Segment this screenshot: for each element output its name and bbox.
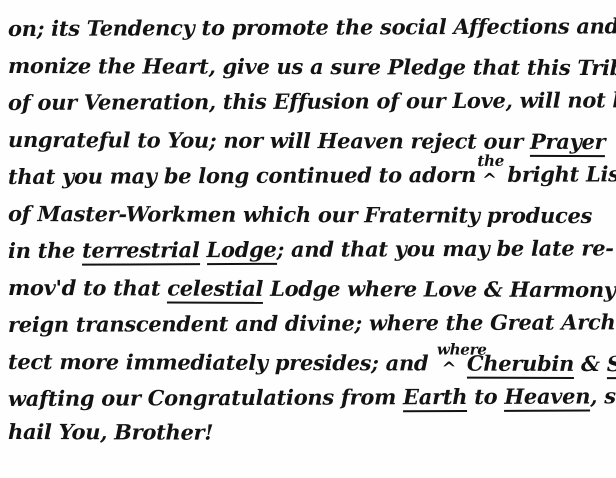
manuscript-page: on; its Tendency to promote the social A… bbox=[0, 0, 616, 478]
inserted-word-wrapper: where^ bbox=[435, 349, 467, 370]
manuscript-line: monize the Heart, give us a sure Pledge … bbox=[8, 47, 610, 86]
text-segment: mov'd to that bbox=[8, 275, 167, 301]
manuscript-line: wafting our Congratulations from Earth t… bbox=[8, 377, 610, 417]
inserted-word: where bbox=[437, 343, 487, 358]
text-segment: wafting our Congratulations from bbox=[8, 384, 403, 411]
text-segment: , shall bbox=[590, 383, 616, 408]
manuscript-line: hail You, Brother! bbox=[8, 417, 610, 449]
text-segment: that you may be long continued to adorn bbox=[8, 162, 476, 189]
text-segment: tect more immediately presides; and bbox=[8, 349, 435, 375]
text-segment: to bbox=[467, 384, 504, 409]
underlined-word: Heaven bbox=[504, 383, 590, 411]
text-segment: of our Veneration, this Effusion of our … bbox=[8, 87, 616, 115]
underlined-word: terrestrial bbox=[82, 237, 200, 266]
insertion-caret-icon: ^ bbox=[442, 361, 457, 379]
text-segment: Lodge where Love & Harmony bbox=[263, 276, 616, 302]
text-segment: bright List bbox=[507, 161, 616, 187]
manuscript-line: in the terrestrial Lodge; and that you m… bbox=[8, 229, 610, 269]
manuscript-line: mov'd to that celestial Lodge where Love… bbox=[8, 269, 610, 308]
manuscript-line: tect more immediately presides; and wher… bbox=[8, 343, 610, 382]
manuscript-line: reign transcendent and divine; where the… bbox=[8, 303, 610, 343]
manuscript-line: of our Veneration, this Effusion of our … bbox=[8, 81, 610, 121]
text-segment: on; its Tendency to promote the social A… bbox=[8, 13, 616, 41]
text-segment bbox=[199, 237, 206, 262]
manuscript-line: ungrateful to You; nor will Heaven rejec… bbox=[8, 121, 610, 160]
text-segment: & bbox=[574, 351, 607, 376]
underlined-word: Earth bbox=[403, 384, 467, 412]
text-segment: reign transcendent and divine; where the… bbox=[8, 309, 616, 337]
text-segment: monize the Heart, give us a sure Pledge … bbox=[8, 53, 616, 80]
underlined-word: celestial bbox=[167, 276, 263, 304]
underlined-word: Lodge bbox=[206, 237, 276, 265]
text-segment: hail You, Brother! bbox=[8, 419, 213, 445]
inserted-word-wrapper: the^ bbox=[476, 161, 508, 182]
text-segment: of Master-Workmen which our Fraternity p… bbox=[8, 201, 592, 228]
underlined-word: Prayer bbox=[530, 129, 605, 157]
text-segment: in the bbox=[8, 238, 82, 263]
manuscript-line: of Master-Workmen which our Fraternity p… bbox=[8, 195, 610, 234]
insertion-caret-icon: ^ bbox=[482, 172, 497, 190]
manuscript-line: on; its Tendency to promote the social A… bbox=[8, 7, 610, 47]
text-segment: ; and that you may be late re- bbox=[276, 235, 613, 261]
manuscript-line: that you may be long continued to adornt… bbox=[8, 155, 610, 195]
inserted-word: the bbox=[477, 154, 504, 169]
text-segment: ungrateful to You; nor will Heaven rejec… bbox=[8, 127, 530, 154]
underlined-word: Seraphin bbox=[607, 351, 616, 379]
